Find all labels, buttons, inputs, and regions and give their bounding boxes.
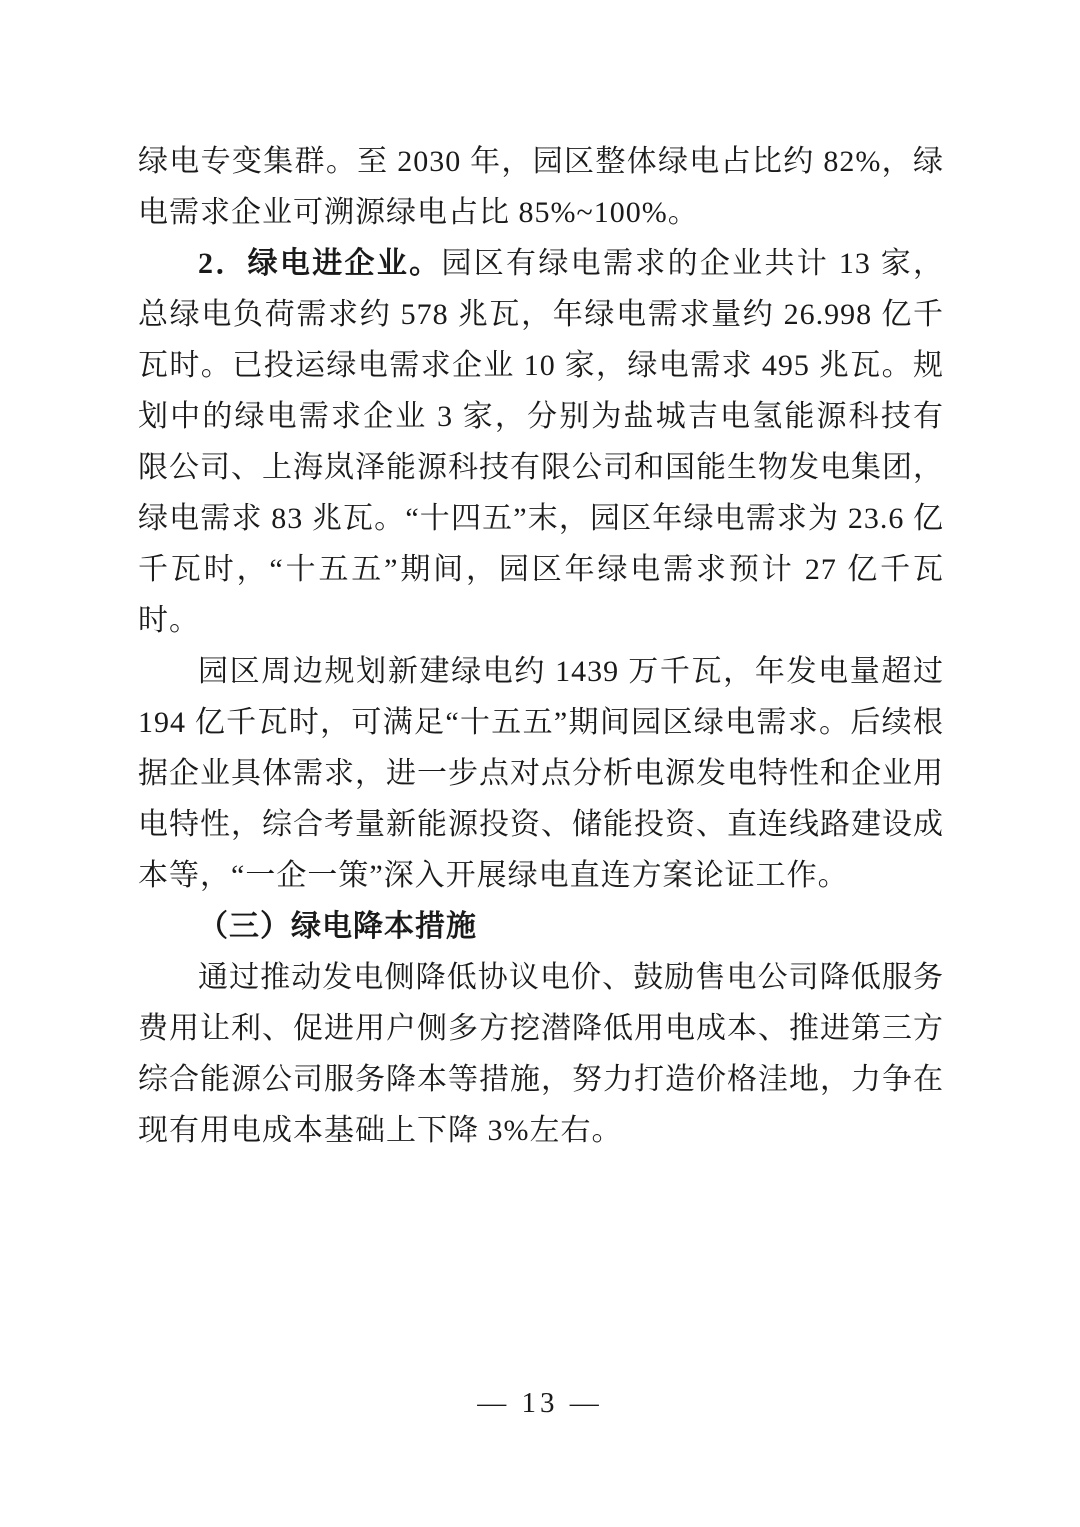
page-body: 绿电专变集群。至 2030 年，园区整体绿电占比约 82%，绿电需求企业可溯源绿… xyxy=(138,136,944,1156)
document-page: 绿电专变集群。至 2030 年，园区整体绿电占比约 82%，绿电需求企业可溯源绿… xyxy=(0,0,1080,1527)
paragraph-text: 园区周边规划新建绿电约 1439 万千瓦，年发电量超过 194 亿千瓦时，可满足… xyxy=(138,655,944,892)
page-number: — 13 — xyxy=(477,1387,603,1419)
paragraph-surrounding-green-power-planning: 园区周边规划新建绿电约 1439 万千瓦，年发电量超过 194 亿千瓦时，可满足… xyxy=(138,646,944,901)
paragraph-green-power-into-enterprises: 2．绿电进企业。园区有绿电需求的企业共计 13 家，总绿电负荷需求约 578 兆… xyxy=(138,238,944,646)
paragraph-cost-reduction-measures: 通过推动发电侧降低协议电价、鼓励售电公司降低服务费用让利、促进用户侧多方挖潜降低… xyxy=(138,952,944,1156)
paragraph-text: 园区有绿电需求的企业共计 13 家，总绿电负荷需求约 578 兆瓦，年绿电需求量… xyxy=(138,247,944,637)
page-footer: — 13 — xyxy=(0,1386,1080,1420)
section-heading-text: （三）绿电降本措施 xyxy=(198,910,477,943)
paragraph-text: 绿电专变集群。至 2030 年，园区整体绿电占比约 82%，绿电需求企业可溯源绿… xyxy=(138,145,944,229)
section-heading-cost-reduction: （三）绿电降本措施 xyxy=(138,901,944,952)
paragraph-continuation: 绿电专变集群。至 2030 年，园区整体绿电占比约 82%，绿电需求企业可溯源绿… xyxy=(138,136,944,238)
paragraph-text: 通过推动发电侧降低协议电价、鼓励售电公司降低服务费用让利、促进用户侧多方挖潜降低… xyxy=(138,961,944,1147)
run-in-heading: 2．绿电进企业。 xyxy=(198,247,441,280)
